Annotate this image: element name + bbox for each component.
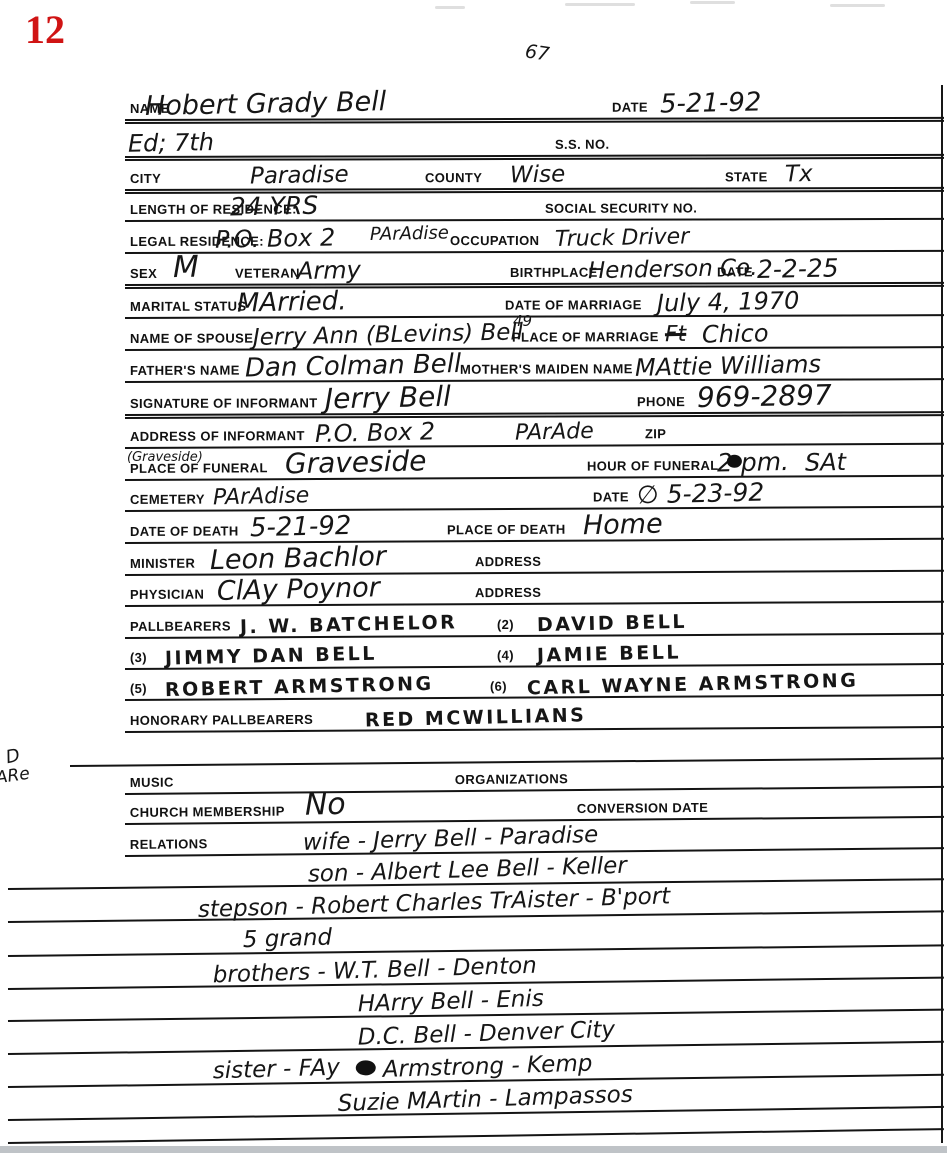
- marital-value: MArried.: [237, 288, 347, 316]
- relation-grandchildren: 5 grand: [243, 927, 333, 953]
- row-name: NAME Hobert Grady Bell DATE 5-21-92: [125, 85, 944, 121]
- legal-residence-value: P.O. Box 2: [215, 225, 336, 251]
- music-label: MUSIC: [130, 775, 174, 790]
- social-security-label: SOCIAL SECURITY NO.: [545, 201, 697, 216]
- residence-value: 24 YRS: [230, 193, 319, 220]
- row-parents: FATHER'S NAME Dan Colman Bell MOTHER'S M…: [125, 346, 944, 383]
- marital-label: MARITAL STATUS: [130, 299, 247, 314]
- church-label: CHURCH MEMBERSHIP: [130, 804, 285, 820]
- pallbearer-3-number: (3): [130, 650, 147, 665]
- scanned-funeral-record: 12 D ARe 67 49 (Graveside) NAME Hobert G…: [0, 0, 947, 1153]
- county-label: COUNTY: [425, 170, 482, 185]
- relations-label: RELATIONS: [130, 836, 208, 852]
- physician-address-label: ADDRESS: [475, 585, 541, 600]
- church-value: No: [304, 790, 346, 821]
- death-date-value: 5-21-92: [250, 513, 352, 541]
- father-value: Dan Colman Bell: [245, 351, 462, 382]
- funeral-hour-label: HOUR OF FUNERAL: [587, 458, 719, 474]
- cemetery-value: PArAdise: [213, 485, 310, 509]
- minister-value: Leon Bachlor: [210, 543, 387, 574]
- honorary-value: Red McWillians: [365, 706, 587, 730]
- relation-sister-1a: sister - FAy: [212, 1057, 340, 1084]
- struck-entry: Ft: [665, 324, 687, 346]
- row-residence-length: LENGTH OF RESIDENCE: 24 YRS SOCIAL SECUR…: [125, 186, 944, 222]
- pallbearer-5-number: (5): [130, 681, 147, 696]
- zip-label: ZIP: [645, 426, 667, 441]
- phone-label: PHONE: [637, 394, 685, 409]
- burial-date-label: DATE: [593, 489, 629, 504]
- cemetery-label: CEMETERY: [130, 492, 205, 507]
- relation-sister-1b: Armstrong - Kemp: [382, 1053, 592, 1082]
- scan-smudge: [435, 6, 465, 9]
- birthdate-value: 2-2-25: [757, 255, 839, 282]
- sex-label: SEX: [130, 266, 157, 281]
- minister-address-label: ADDRESS: [475, 554, 541, 569]
- occupation-value: Truck Driver: [555, 226, 690, 251]
- scan-smudge: [830, 4, 885, 7]
- pallbearers-label: PALLBEARERS: [130, 618, 231, 634]
- pallbearer-4: Jamie Bell: [537, 643, 681, 665]
- father-label: FATHER'S NAME: [130, 363, 240, 378]
- informant-value: Jerry Bell: [325, 383, 452, 414]
- honorary-label: HONORARY PALLBEARERS: [130, 712, 313, 728]
- scan-smudge: [565, 3, 635, 6]
- row-spouse: NAME OF SPOUSE Jerry Ann (BLevins) Bell …: [125, 314, 944, 351]
- physician-label: PHYSICIAN: [130, 587, 204, 602]
- mother-label: MOTHER'S MAIDEN NAME: [460, 361, 633, 377]
- informant-address-city: PArAde: [515, 421, 594, 445]
- occupation-label: OCCUPATION: [450, 233, 540, 248]
- county-value: Wise: [510, 163, 566, 187]
- death-place-label: PLACE OF DEATH: [447, 522, 566, 538]
- ssn-label: S.S. NO.: [555, 137, 610, 152]
- phone-value: 969-2897: [697, 381, 832, 412]
- scan-smudge: [690, 1, 735, 4]
- informant-label: SIGNATURE OF INFORMANT: [130, 395, 318, 411]
- burial-date-value: ∅ 5-23-92: [637, 480, 765, 508]
- conversion-label: CONVERSION DATE: [577, 800, 709, 816]
- funeral-place-value: Graveside: [285, 447, 427, 478]
- ink-blot: [727, 455, 742, 468]
- age-annotation: 67: [524, 42, 551, 64]
- row-marital: MARITAL STATUS MArried. DATE OF MARRIAGE…: [125, 282, 944, 319]
- date-label: DATE: [612, 100, 648, 115]
- mother-value: MAttie Williams: [635, 352, 821, 380]
- education-value: Ed; 7th: [128, 130, 214, 156]
- state-label: STATE: [725, 169, 768, 184]
- marriage-place-label: PLACE OF MARRIAGE: [512, 329, 659, 345]
- veteran-label: VETERAN: [235, 266, 300, 281]
- minister-label: MINISTER: [130, 556, 195, 571]
- relation-brother-3: D.C. Bell - Denver City: [357, 1019, 615, 1050]
- city-value: Paradise: [250, 164, 349, 189]
- marriage-place-value: Chico: [702, 321, 769, 346]
- spouse-label: NAME OF SPOUSE: [130, 331, 253, 346]
- pallbearer-6-number: (6): [490, 679, 507, 694]
- ink-blot: [356, 1060, 376, 1075]
- row-education-ssn: Ed; 7th S.S. NO.: [125, 122, 944, 158]
- pallbearer-4-number: (4): [497, 648, 514, 663]
- pallbearer-5: Robert Armstrong: [165, 675, 434, 700]
- legal-residence-city: PArAdise: [370, 224, 449, 244]
- state-value: Tx: [785, 163, 813, 187]
- margin-scribble: ARe: [0, 766, 31, 788]
- city-label: CITY: [130, 171, 161, 186]
- pallbearer-2-number: (2): [497, 617, 514, 632]
- death-place-value: Home: [583, 510, 663, 539]
- date-value: 5-21-92: [660, 89, 762, 117]
- row-sex-veteran: SEX M VETERAN Army BIRTHPLACE Henderson …: [125, 250, 944, 286]
- spouse-value: Jerry Ann (BLevins) Bell: [253, 321, 524, 350]
- birthplace-label: BIRTHPLACE: [510, 265, 598, 280]
- birthdate-label: DATE: [717, 264, 753, 279]
- informant-address-label: ADDRESS OF INFORMANT: [130, 428, 305, 444]
- row-legal-residence: LEGAL RESIDENCE: P.O. Box 2 PArAdise OCC…: [125, 218, 944, 254]
- page-number: 12: [25, 6, 65, 53]
- death-date-label: DATE OF DEATH: [130, 523, 239, 539]
- relation-brother-2: HArry Bell - Enis: [357, 988, 544, 1017]
- marriage-date-value: July 4, 1970: [657, 288, 800, 315]
- scan-bottom-edge: [0, 1146, 947, 1153]
- physician-value: ClAy Poynor: [217, 574, 380, 605]
- organizations-label: ORGANIZATIONS: [455, 771, 568, 787]
- name-value: Hobert Grady Bell: [145, 88, 387, 120]
- sex-value: M: [173, 253, 199, 284]
- funeral-day-value: SAt: [805, 450, 847, 475]
- informant-address-value: P.O. Box 2: [315, 419, 436, 446]
- marriage-date-label: DATE OF MARRIAGE: [505, 297, 642, 312]
- veteran-value: Army: [297, 258, 361, 283]
- funeral-place-label: PLACE OF FUNERAL: [130, 460, 268, 476]
